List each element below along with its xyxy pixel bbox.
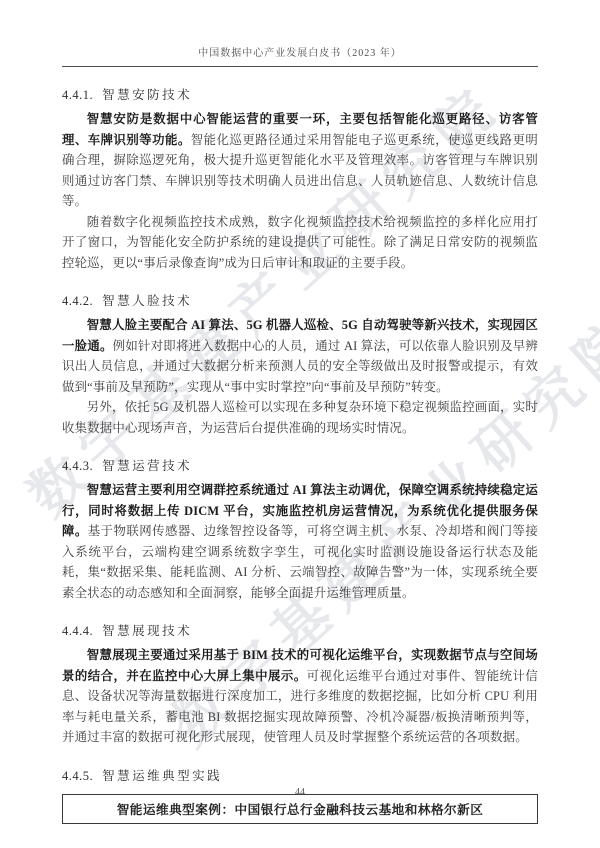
paragraph: 智慧人脸主要配合 AI 算法、5G 机器人巡检、5G 自动驾驶等新兴技术，实现园… — [62, 315, 538, 397]
paragraph: 智慧展现主要通过采用基于 BIM 技术的可视化运维平台，实现数据节点与空间场景的… — [62, 645, 538, 748]
section-heading-4-4-5: 4.4.5.智慧运维典型实践 — [62, 766, 538, 784]
page-content: 中国数据中心产业发展白皮书（2023 年） 4.4.1.智慧安防技术 智慧安防是… — [0, 0, 600, 824]
section-title: 智慧人脸技术 — [102, 294, 192, 308]
section-number: 4.4.4. — [62, 624, 93, 638]
section-number: 4.4.3. — [62, 459, 93, 473]
section-heading-4-4-3: 4.4.3.智慧运营技术 — [62, 456, 538, 474]
document-header-title: 中国数据中心产业发展白皮书（2023 年） — [62, 0, 538, 59]
header-rule — [62, 66, 538, 67]
page-number: 44 — [0, 787, 600, 798]
case-study-box: 智能运维典型案例：中国银行总行金融科技云基地和林格尔新区 — [62, 794, 538, 824]
section-number: 4.4.1. — [62, 88, 93, 102]
paragraph: 智慧运营主要利用空调群控系统通过 AI 算法主动调优，保障空调系统持续稳定运行，… — [62, 480, 538, 603]
paragraph: 另外，依托 5G 及机器人巡检可以实现在多种复杂环境下稳定视频监控画面，实时收集… — [62, 397, 538, 438]
paragraph-text: 基于物联网传感器、边缘智控设备等，可将空调主机、水泵、冷却塔和阀门等接入系统平台… — [62, 524, 538, 600]
section-heading-4-4-4: 4.4.4.智慧展现技术 — [62, 621, 538, 639]
section-title: 智慧展现技术 — [102, 624, 192, 638]
section-title: 智慧安防技术 — [102, 88, 192, 102]
section-number: 4.4.2. — [62, 294, 93, 308]
section-heading-4-4-1: 4.4.1.智慧安防技术 — [62, 85, 538, 103]
paragraph: 随着数字化视频监控技术成熟，数字化视频监控技术给视频监控的多样化应用打开了窗口，… — [62, 212, 538, 274]
paragraph-text: 随着数字化视频监控技术成熟，数字化视频监控技术给视频监控的多样化应用打开了窗口，… — [62, 215, 538, 270]
section-title: 智慧运维典型实践 — [102, 769, 222, 783]
paragraph-text: 例如针对即将进入数据中心的人员，通过 AI 算法，可以依靠人脸识别及早辨识出人员… — [62, 339, 538, 394]
section-number: 4.4.5. — [62, 769, 93, 783]
section-heading-4-4-2: 4.4.2.智慧人脸技术 — [62, 291, 538, 309]
document-page: 数字基建产业研究院 数字基建产业研究院 中国数据中心产业发展白皮书（2023 年… — [0, 0, 600, 848]
paragraph-text: 另外，依托 5G 及机器人巡检可以实现在多种复杂环境下稳定视频监控画面，实时收集… — [62, 400, 538, 435]
section-title: 智慧运营技术 — [102, 459, 192, 473]
paragraph: 智慧安防是数据中心智能运营的重要一环，主要包括智能化巡更路径、访客管理、车牌识别… — [62, 109, 538, 212]
